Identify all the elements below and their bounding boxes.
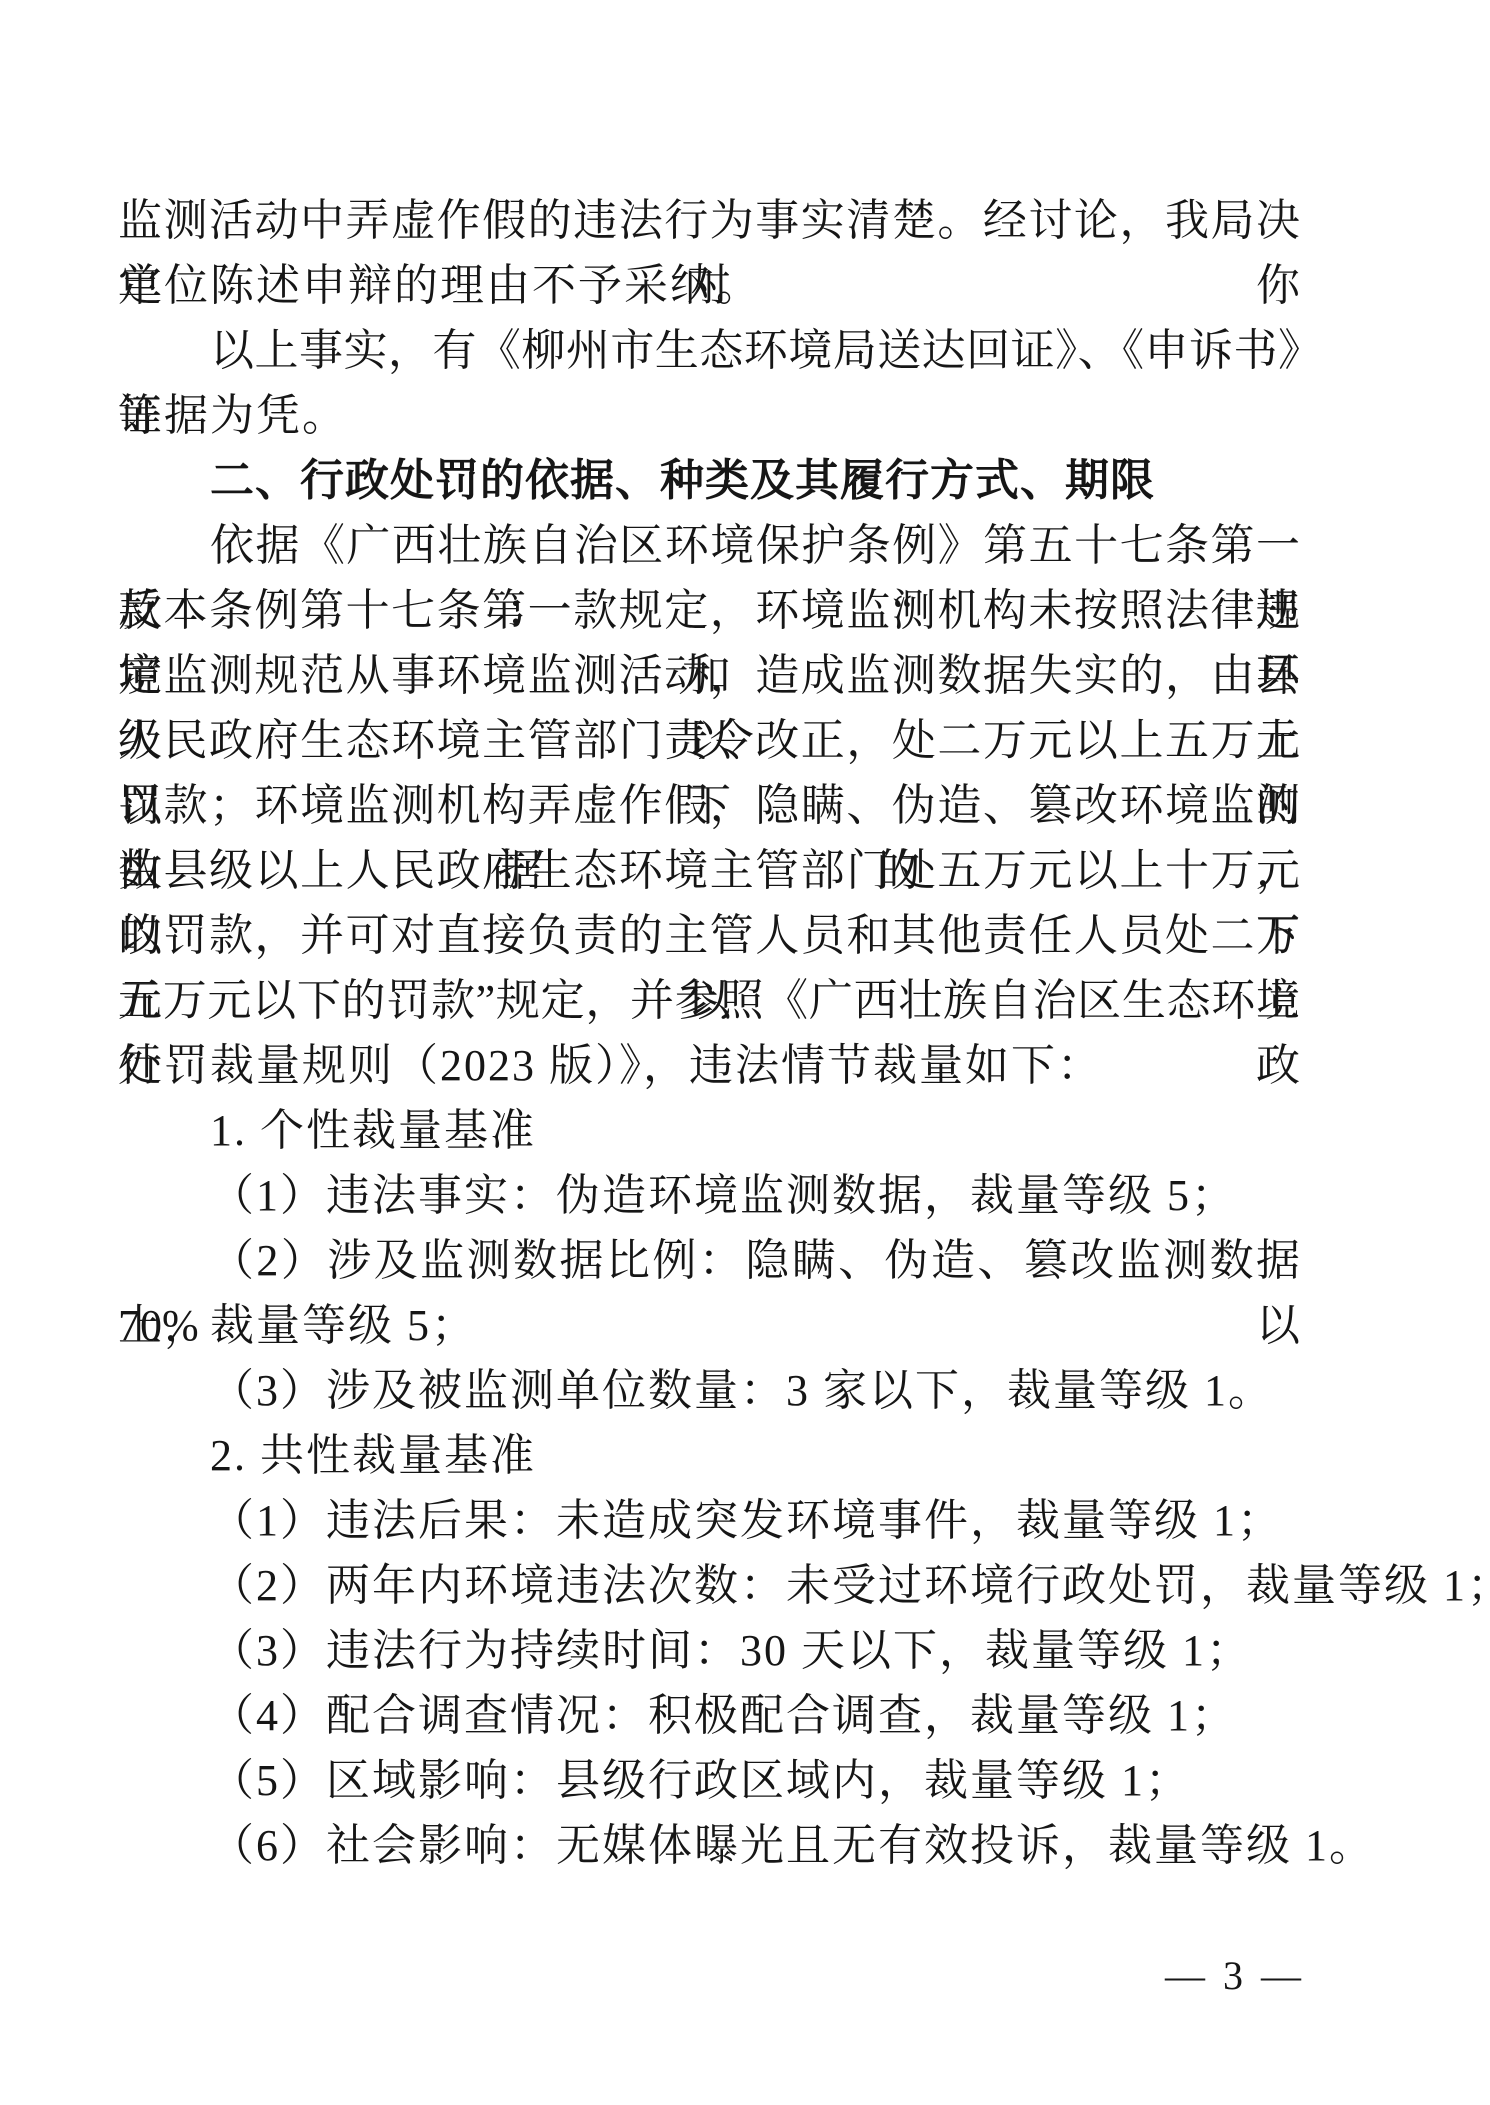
text-line: （6）社会影响：无媒体曝光且无有效投诉，裁量等级 1。: [118, 1813, 1300, 1878]
text-line: （1）违法事实：伪造环境监测数据，裁量等级 5；: [118, 1163, 1300, 1228]
text-line: 境监测规范从事环境监测活动，造成监测数据失实的，由县级以上: [118, 643, 1300, 708]
section-heading: 二、行政处罚的依据、种类及其履行方式、期限: [118, 448, 1300, 513]
text-line: （2）涉及监测数据比例：隐瞒、伪造、篡改监测数据 70%以: [118, 1228, 1300, 1293]
document-page: 监测活动中弄虚作假的违法行为事实清楚。经讨论，我局决定对你单位陈述申辩的理由不予…: [0, 0, 1490, 2105]
text-line: 罚款；环境监测机构弄虚作假，隐瞒、伪造、篡改环境监测数据的，: [118, 773, 1300, 838]
text-line: 以上事实，有《柳州市生态环境局送达回证》、《申诉书》等: [118, 318, 1300, 383]
text-line: 五万元以下的罚款”规定，并参照《广西壮族自治区生态环境行政: [118, 968, 1300, 1033]
text-line: 人民政府生态环境主管部门责令改正，处二万元以上五万元以下的: [118, 708, 1300, 773]
text-line: （1）违法后果：未造成突发环境事件，裁量等级 1；: [118, 1488, 1300, 1553]
text-line: （3）涉及被监测单位数量：3 家以下，裁量等级 1。: [118, 1358, 1300, 1423]
text-line: （3）违法行为持续时间：30 天以下，裁量等级 1；: [118, 1618, 1300, 1683]
text-line: 1. 个性裁量基准: [118, 1098, 1300, 1163]
text-line: 依据《广西壮族自治区环境保护条例》第五十七条第一款：“违: [118, 513, 1300, 578]
text-line: 证据为凭。: [118, 383, 1300, 448]
text-line: 监测活动中弄虚作假的违法行为事实清楚。经讨论，我局决定对你: [118, 188, 1300, 253]
text-line: （2）两年内环境违法次数：未受过环境行政处罚，裁量等级 1；: [118, 1553, 1300, 1618]
text-line: 2. 共性裁量基准: [118, 1423, 1300, 1488]
text-line: 反本条例第十七条第一款规定，环境监测机构未按照法律规定和环: [118, 578, 1300, 643]
text-line: （4）配合调查情况：积极配合调查，裁量等级 1；: [118, 1683, 1300, 1748]
text-line: 由县级以上人民政府生态环境主管部门处五万元以上十万元以下: [118, 838, 1300, 903]
page-number: — 3 —: [1150, 1952, 1320, 2000]
text-line: 的罚款，并可对直接负责的主管人员和其他责任人员处二万元以上: [118, 903, 1300, 968]
text-line: （5）区域影响：县级行政区域内，裁量等级 1；: [118, 1748, 1300, 1813]
document-body: 监测活动中弄虚作假的违法行为事实清楚。经讨论，我局决定对你单位陈述申辩的理由不予…: [118, 188, 1300, 1878]
